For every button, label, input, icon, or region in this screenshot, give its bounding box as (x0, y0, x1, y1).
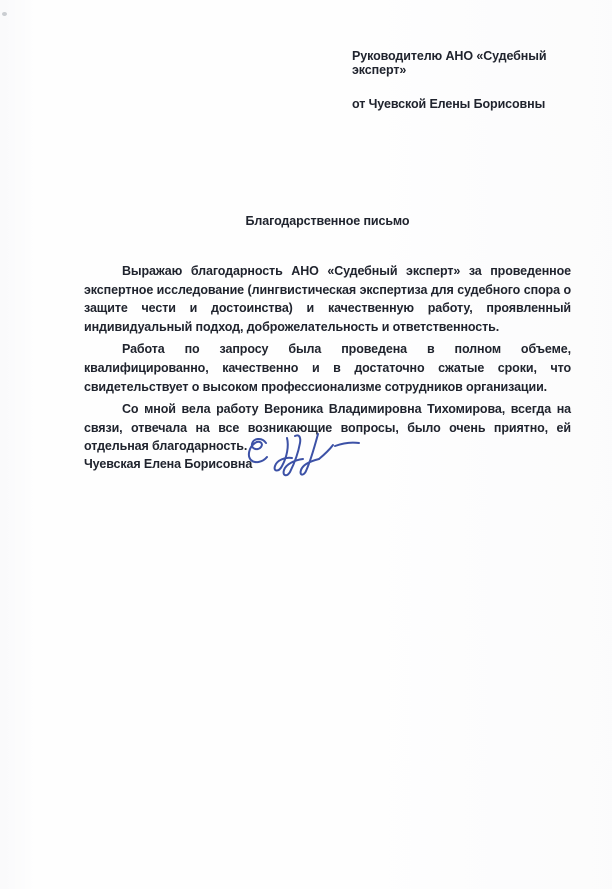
recipient-block: Руководителю АНО «Судебный эксперт» от Ч… (352, 49, 602, 111)
signature-stroke-e (249, 439, 267, 462)
recipient-line-2: от Чуевской Елены Борисовны (352, 97, 602, 111)
signature-stroke-lf (275, 438, 292, 471)
signature-stroke-dash (335, 443, 359, 446)
signature-name: Чуевская Елена Борисовна (84, 457, 252, 471)
signature-stroke-tail (319, 445, 333, 459)
signature-stroke-slash (301, 434, 319, 475)
scan-artifact-speck (2, 12, 7, 16)
letter-paragraph-2: Работа по запросу была проведена в полно… (84, 340, 571, 396)
scanned-letter-page: Руководителю АНО «Судебный эксперт» от Ч… (0, 0, 612, 889)
letter-title: Благодарственное письмо (84, 214, 571, 228)
handwritten-signature-icon (243, 430, 361, 482)
letter-paragraph-1: Выражаю благодарность АНО «Судебный эксп… (84, 262, 571, 336)
recipient-line-1: Руководителю АНО «Судебный эксперт» (352, 49, 602, 77)
